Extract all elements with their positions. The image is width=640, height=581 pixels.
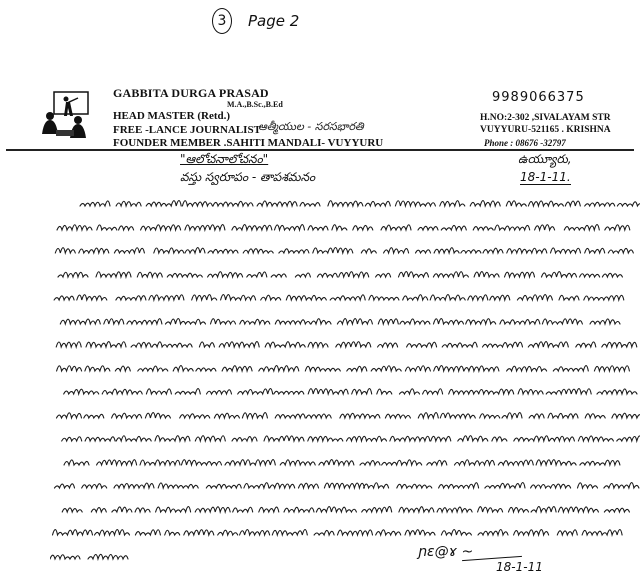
author-degrees: M.A.,B.Sc.,B.Ed [227,100,283,109]
handwritten-line [50,333,640,357]
letter-date: 18-1-11. [520,170,571,185]
handwritten-line [50,310,640,334]
handwritten-line [50,380,640,404]
page-mark: 3 Page 2 [212,8,299,34]
phone-number: Phone : 08676 -32797 [484,138,566,148]
letterhead-divider [6,149,634,151]
circled-page-number: 3 [212,8,232,34]
author-title-1: HEAD MASTER (Retd.) [113,110,230,122]
author-title-3: FOUNDER MEMBER .SAHITI MANDALI- VUYYURU [113,137,383,149]
telugu-note: ఆత్మీయుల - సరసభారతి [258,120,364,136]
handwritten-line [50,521,640,545]
author-title-2: FREE -LANCE JOURNALIST [113,124,261,136]
signature-date: 18-1-11 [496,560,543,574]
handwritten-body [50,192,640,568]
handwritten-line [50,263,640,287]
signature: ɲɛ@ɤ ~ [418,544,473,560]
handwritten-line [50,474,640,498]
page-label: Page 2 [248,12,299,30]
handwritten-line [50,192,640,216]
letter-subtitle: వస్తు స్వరూపం - తాపశమనం [180,170,315,187]
letterhead: GABBITA DURGA PRASAD M.A.,B.Sc.,B.Ed HEA… [0,82,640,152]
handwritten-line [50,404,640,428]
author-name: GABBITA DURGA PRASAD [113,86,269,101]
address-line-1: H.NO:2-302 ,SIVALAYAM STR [480,113,611,123]
handwritten-line [50,451,640,475]
mobile-number: 9989066375 [492,90,585,105]
address-line-2: VUYYURU-521165 . KRISHNA [480,125,611,135]
letter-title: "ఆలోచనాలోచనం" [180,152,268,169]
handwritten-line [50,286,640,310]
teacher-lecturing-icon [36,90,90,140]
handwritten-line [50,498,640,522]
handwritten-line [50,427,640,451]
handwritten-line [50,545,640,569]
handwritten-line [50,357,640,381]
letter-place: ఉయ్యూరు, [518,152,572,169]
handwritten-line [50,239,640,263]
handwritten-line [50,216,640,240]
